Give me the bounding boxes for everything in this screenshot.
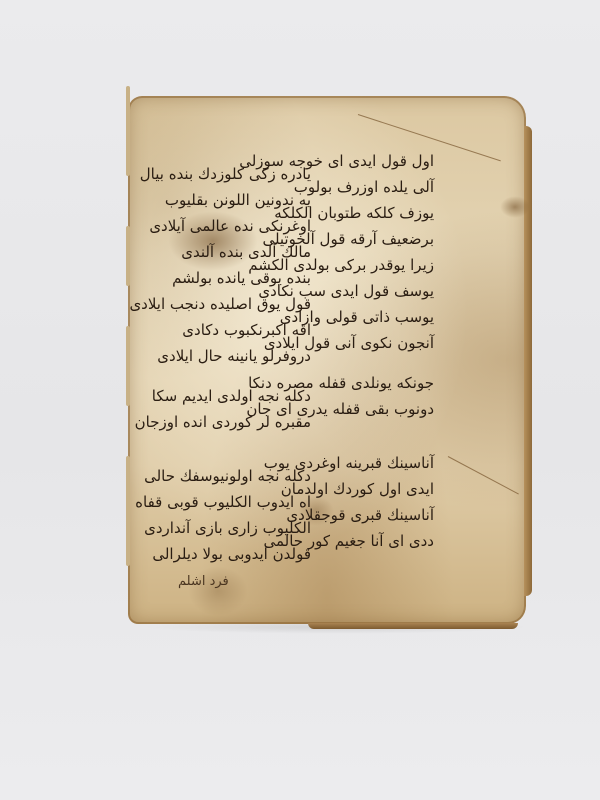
verse-line: بنده يوقى يانده بولشم: [146, 265, 311, 291]
binding-thread: [126, 226, 130, 286]
verse-line: اوغرنكى نده عالمى آيلادى: [146, 213, 311, 239]
binding-thread: [126, 326, 130, 406]
verse-line: دكله نجه اولونيوسفك حالى: [146, 463, 311, 489]
verse-line: اقه اكبرنكبوب دكادى: [146, 317, 311, 343]
catchword: فرد اشلم: [178, 574, 229, 589]
manuscript-page: اول قول ايدى اى خوجه سوزلى آلى يلده اوزر…: [128, 96, 526, 624]
verse-line: مالك آلدى بنده آلندى: [146, 239, 311, 265]
verse-line: يه ندونين اللونن بقليوب: [146, 187, 311, 213]
verse-line: قولدن ايدوبى بولا ديلرالى: [146, 541, 311, 567]
ink-stain: [500, 196, 530, 218]
verse-line: قول يوق اصليده دنجب ايلادى: [146, 291, 311, 317]
verse-line: دروفرلو يانينه حال ايلادى: [146, 343, 311, 369]
paper-crease: [448, 456, 519, 494]
verse-line: اه ايدوب الكليوب قوبى قفاه: [146, 489, 311, 515]
binding-thread: [126, 86, 130, 176]
page-edge-right: [524, 126, 532, 596]
verse-line: الكليوب زارى بازى آنداردى: [146, 515, 311, 541]
verse-line: مقبره لر كوردى انده اوزجان: [146, 409, 311, 435]
binding-thread: [126, 456, 130, 566]
text-column-left: يادره زكى كلوزدك بنده بيال يه ندونين الل…: [146, 161, 311, 567]
verse-line: يادره زكى كلوزدك بنده بيال: [146, 161, 311, 187]
page-edge-bottom: [308, 623, 518, 629]
verse-line: دكله نجه اولدى ايديم سكا: [146, 383, 311, 409]
